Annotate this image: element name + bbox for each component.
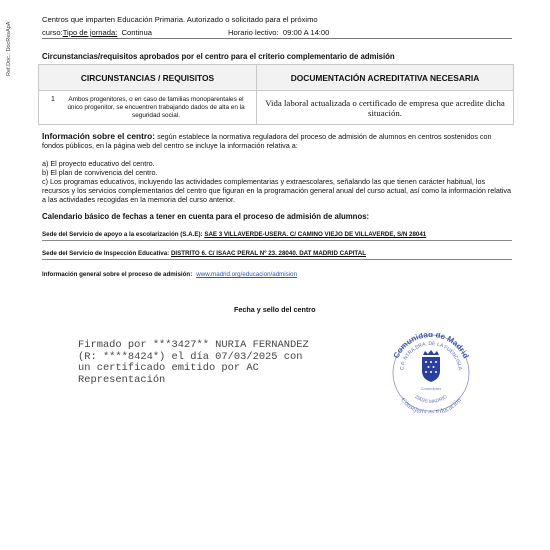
horario-group: Horario lectivo: 09:00 A 14:00 (228, 28, 329, 37)
general-info-line: Información general sobre el proceso de … (42, 271, 297, 278)
digital-signature-text: Firmado por ***3427** NURIA FERNANDEZ (R… (78, 340, 309, 386)
calendar-title: Calendario básico de fechas a tener en c… (42, 212, 369, 221)
requirement-cell: 1Ambos progenitores, o en caso de famili… (39, 91, 257, 125)
stamp-seal-icon: Comunidad de Madrid C.P. NTRA.SRA. DE LA… (385, 333, 477, 413)
horario-label: Horario lectivo: (228, 28, 279, 37)
center-type-line: Centros que imparten Educación Primaria.… (42, 15, 318, 24)
column-header-requirements: CIRCUNSTANCIAS / REQUISITOS (39, 65, 257, 91)
info-item-a: a) El proyecto educativo del centro. (42, 159, 512, 168)
center-info-section: Información sobre el centro: según estab… (42, 132, 512, 204)
inspection-value: DISTRITO 6. C/ ISAAC PERAL Nº 23. 28040.… (171, 250, 366, 257)
jornada-value: Continua (122, 28, 152, 37)
general-info-label: Información general sobre el proceso de … (42, 271, 192, 278)
side-reference-text: Ref.Doc.: DocResApA (6, 22, 12, 76)
side-reference: Ref.Doc.: DocResApA (2, 4, 16, 124)
curso-label: curso: (42, 28, 63, 37)
official-stamp: Comunidad de Madrid C.P. NTRA.SRA. DE LA… (385, 333, 477, 413)
inspection-label: Sede del Servicio de Inspección Educativ… (42, 250, 169, 257)
center-info-title: Información sobre el centro: (42, 131, 155, 141)
horario-value: 09:00 A 14:00 (283, 28, 329, 37)
date-seal-label: Fecha y sello del centro (234, 305, 316, 314)
column-header-documentation: DOCUMENTACIÓN ACREDITATIVA NECESARIA (257, 65, 514, 91)
sae-label: Sede del Servicio de apoyo a la escolari… (42, 231, 203, 238)
sae-line: Sede del Servicio de apoyo a la escolari… (42, 231, 512, 241)
jornada-label: Tipo de jornada: (63, 28, 118, 37)
inspection-line: Sede del Servicio de Inspección Educativ… (42, 250, 512, 260)
info-item-b: b) El plan de convivencia del centro. (42, 168, 512, 177)
requirements-table: CIRCUNSTANCIAS / REQUISITOS DOCUMENTACIÓ… (38, 64, 514, 125)
svg-text:28026 MADRID: 28026 MADRID (414, 394, 449, 405)
table-header-row: CIRCUNSTANCIAS / REQUISITOS DOCUMENTACIÓ… (39, 65, 514, 91)
table-row: 1Ambos progenitores, o en caso de famili… (39, 91, 514, 125)
row-number: 1 (40, 96, 66, 103)
requirement-text: Ambos progenitores, o en caso de familia… (66, 96, 246, 120)
documentation-cell: Vida laboral actualizada o certificado d… (257, 91, 514, 125)
svg-text:Comedores: Comedores (421, 386, 442, 391)
admission-link[interactable]: www.madrid.org/educacion/admision (196, 271, 297, 278)
schedule-line: curso:Tipo de jornada: Continua Horario … (42, 28, 512, 39)
info-item-c: c) Los programas educativos, incluyendo … (42, 177, 512, 204)
sae-value: SAE 3 VILLAVERDE-USERA. C/ CAMINO VIEJO … (204, 231, 426, 238)
circumstances-title: Circunstancias/requisitos aprobados por … (42, 52, 395, 61)
